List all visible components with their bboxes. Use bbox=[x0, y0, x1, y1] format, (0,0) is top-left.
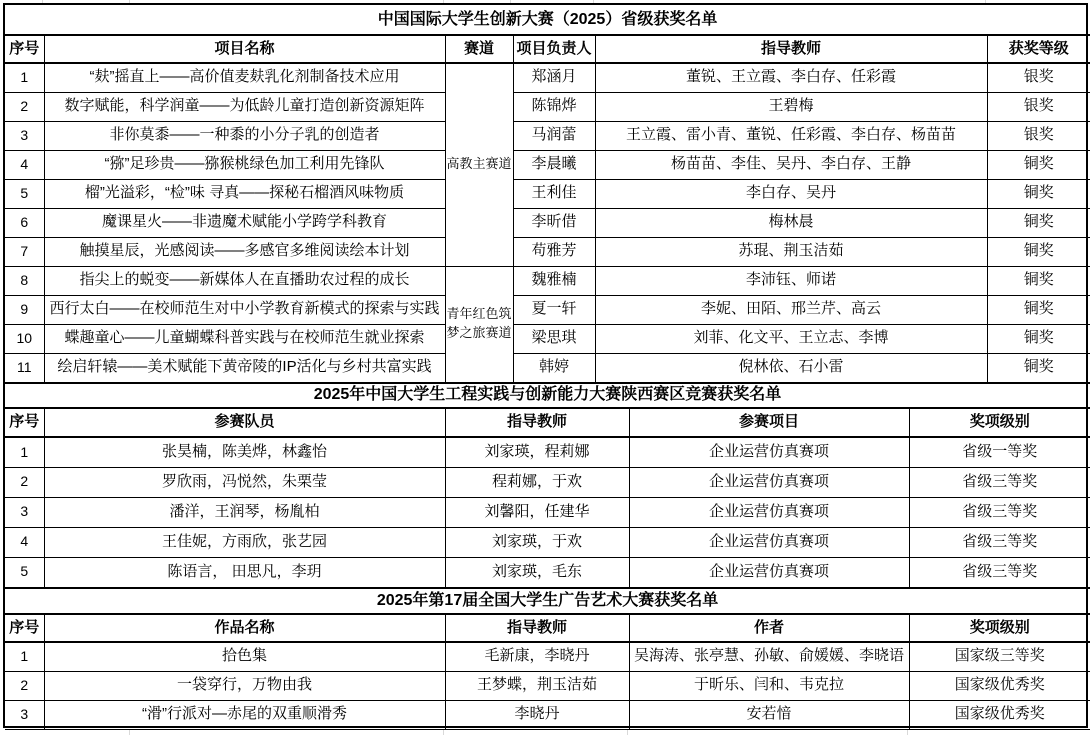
entry-project-cell: 企业运营仿真赛项 bbox=[629, 437, 909, 467]
team-cell: 潘洋，王润琴，杨胤柏 bbox=[44, 497, 445, 527]
award-cell: 铜奖 bbox=[987, 179, 1090, 208]
gridline-tick bbox=[443, 729, 444, 735]
table-row: 4 王佳妮，方雨欣，张艺园 刘家瑛，于欢 企业运营仿真赛项 省级三等奖 bbox=[5, 527, 1090, 557]
award-cell: 国家级三等奖 bbox=[909, 642, 1090, 671]
serial-cell: 10 bbox=[5, 324, 44, 353]
leader-cell: 魏雅楠 bbox=[513, 266, 595, 295]
leader-cell: 陈锦烨 bbox=[513, 92, 595, 121]
table-row: 2 罗欣雨，冯悦然，朱栗莹 程莉娜，于欢 企业运营仿真赛项 省级三等奖 bbox=[5, 467, 1090, 497]
leader-cell: 李晨曦 bbox=[513, 150, 595, 179]
entry-project-cell: 企业运营仿真赛项 bbox=[629, 527, 909, 557]
leader-cell: 韩婷 bbox=[513, 353, 595, 382]
teachers-cell: 王立霞、雷小青、董锐、任彩霞、李白存、杨苗苗 bbox=[595, 121, 987, 150]
track-cell: 青年红色筑梦之旅赛道 bbox=[445, 266, 513, 382]
teachers-cell: 刘菲、化文平、王立志、李博 bbox=[595, 324, 987, 353]
teachers-cell: 李晓丹 bbox=[445, 700, 629, 729]
work-title-cell: 一袋穿行，万物由我 bbox=[44, 671, 445, 700]
serial-cell: 11 bbox=[5, 353, 44, 382]
table-row: 5 榴”光溢彩，“检”味 寻真——探秘石榴酒风味物质 王利佳 李白存、吴丹 铜奖 bbox=[5, 179, 1090, 208]
header-authors: 作者 bbox=[629, 614, 909, 642]
table-row: 6 魔课星火——非遗魔术赋能小学跨学科教育 李昕借 梅林晨 铜奖 bbox=[5, 208, 1090, 237]
header-teachers: 指导教师 bbox=[445, 408, 629, 437]
entry-project-cell: 企业运营仿真赛项 bbox=[629, 557, 909, 587]
award-cell: 省级三等奖 bbox=[909, 467, 1090, 497]
header-award-grade: 获奖等级 bbox=[987, 35, 1090, 63]
leader-cell: 马润蕾 bbox=[513, 121, 595, 150]
authors-cell: 吴海涛、张亭慧、孙敏、俞媛媛、李晓语 bbox=[629, 642, 909, 671]
teachers-cell: 杨苗苗、李佳、吴丹、李白存、王静 bbox=[595, 150, 987, 179]
header-serial: 序号 bbox=[5, 408, 44, 437]
header-award-level: 奖项级别 bbox=[909, 614, 1090, 642]
table-row: 4 “猕”足珍贵——猕猴桃绿色加工利用先锋队 李晨曦 杨苗苗、李佳、吴丹、李白存… bbox=[5, 150, 1090, 179]
table-title: 2025年第17届全国大学生广告艺术大赛获奖名单 bbox=[5, 588, 1090, 614]
project-name-cell: 西行太白——在校师范生对中小学教育新模式的探索与实践 bbox=[44, 295, 445, 324]
table-row: 7 触摸星辰，光感阅读——多感官多维阅读绘本计划 苟雅芳 苏琨、荆玉洁茹 铜奖 bbox=[5, 237, 1090, 266]
table-row: 11 绘启轩辕——美术赋能下黄帝陵的IP活化与乡村共富实践 韩婷 倪林依、石小雷… bbox=[5, 353, 1090, 382]
project-name-cell: 绘启轩辕——美术赋能下黄帝陵的IP活化与乡村共富实践 bbox=[44, 353, 445, 382]
award-cell: 铜奖 bbox=[987, 266, 1090, 295]
teachers-cell: 董锐、王立霞、李白存、任彩霞 bbox=[595, 63, 987, 92]
award-cell: 铜奖 bbox=[987, 295, 1090, 324]
table-row: 2 数字赋能，科学润童——为低龄儿童打造创新资源矩阵 陈锦烨 王碧梅 银奖 bbox=[5, 92, 1090, 121]
award-cell: 省级三等奖 bbox=[909, 527, 1090, 557]
serial-cell: 1 bbox=[5, 642, 44, 671]
awards-document: 中国国际大学生创新大赛（2025）省级获奖名单 序号 项目名称 赛道 项目负责人… bbox=[3, 3, 1088, 728]
teachers-cell: 李沛钰、师诺 bbox=[595, 266, 987, 295]
table-title: 2025年中国大学生工程实践与创新能力大赛陕西赛区竞赛获奖名单 bbox=[5, 383, 1090, 408]
entry-project-cell: 企业运营仿真赛项 bbox=[629, 467, 909, 497]
teachers-cell: 梅林晨 bbox=[595, 208, 987, 237]
teachers-cell: 王碧梅 bbox=[595, 92, 987, 121]
gridline-tick bbox=[129, 729, 130, 735]
team-cell: 张昊楠，陈美烨，林鑫怡 bbox=[44, 437, 445, 467]
track-cell: 高教主赛道 bbox=[445, 63, 513, 266]
table-row: 2 一袋穿行，万物由我 王梦蝶，荆玉洁茹 于昕乐、闫和、韦克拉 国家级优秀奖 bbox=[5, 671, 1090, 700]
team-cell: 罗欣雨，冯悦然，朱栗莹 bbox=[44, 467, 445, 497]
spreadsheet-page: 中国国际大学生创新大赛（2025）省级获奖名单 序号 项目名称 赛道 项目负责人… bbox=[0, 0, 1091, 735]
award-cell: 省级一等奖 bbox=[909, 437, 1090, 467]
header-teachers: 指导教师 bbox=[595, 35, 987, 63]
project-name-cell: 触摸星辰，光感阅读——多感官多维阅读绘本计划 bbox=[44, 237, 445, 266]
project-name-cell: 魔课星火——非遗魔术赋能小学跨学科教育 bbox=[44, 208, 445, 237]
table-row: 1 “麸”摇直上——高价值麦麸乳化剂制备技术应用 高教主赛道 郑涵月 董锐、王立… bbox=[5, 63, 1090, 92]
serial-cell: 2 bbox=[5, 467, 44, 497]
header-team-members: 参赛队员 bbox=[44, 408, 445, 437]
table-title: 中国国际大学生创新大赛（2025）省级获奖名单 bbox=[5, 5, 1090, 35]
team-cell: 王佳妮，方雨欣，张艺园 bbox=[44, 527, 445, 557]
table-row: 9 西行太白——在校师范生对中小学教育新模式的探索与实践 夏一轩 李妮、田陌、邢… bbox=[5, 295, 1090, 324]
serial-cell: 9 bbox=[5, 295, 44, 324]
serial-cell: 7 bbox=[5, 237, 44, 266]
table-row: 3 潘洋，王润琴，杨胤柏 刘馨阳，任建华 企业运营仿真赛项 省级三等奖 bbox=[5, 497, 1090, 527]
engineering-competition-table: 2025年中国大学生工程实践与创新能力大赛陕西赛区竞赛获奖名单 序号 参赛队员 … bbox=[5, 383, 1090, 588]
table-row: 1 拾色集 毛新康，李晓丹 吴海涛、张亭慧、孙敏、俞媛媛、李晓语 国家级三等奖 bbox=[5, 642, 1090, 671]
teachers-cell: 李白存、吴丹 bbox=[595, 179, 987, 208]
teachers-cell: 刘家瑛，于欢 bbox=[445, 527, 629, 557]
header-work-title: 作品名称 bbox=[44, 614, 445, 642]
serial-cell: 3 bbox=[5, 121, 44, 150]
award-cell: 铜奖 bbox=[987, 324, 1090, 353]
award-cell: 铜奖 bbox=[987, 353, 1090, 382]
project-name-cell: “麸”摇直上——高价值麦麸乳化剂制备技术应用 bbox=[44, 63, 445, 92]
header-serial: 序号 bbox=[5, 35, 44, 63]
serial-cell: 2 bbox=[5, 92, 44, 121]
table-row: 1 张昊楠，陈美烨，林鑫怡 刘家瑛，程莉娜 企业运营仿真赛项 省级一等奖 bbox=[5, 437, 1090, 467]
team-cell: 陈语言， 田思凡，李玥 bbox=[44, 557, 445, 587]
award-cell: 国家级优秀奖 bbox=[909, 671, 1090, 700]
teachers-cell: 倪林依、石小雷 bbox=[595, 353, 987, 382]
project-name-cell: 非你莫黍——一种黍的小分子乳的创造者 bbox=[44, 121, 445, 150]
work-title-cell: “滑”行派对—赤尾的双重顺滑秀 bbox=[44, 700, 445, 729]
teachers-cell: 苏琨、荆玉洁茹 bbox=[595, 237, 987, 266]
project-name-cell: 蝶趣童心——儿童蝴蝶科普实践与在校师范生就业探索 bbox=[44, 324, 445, 353]
entry-project-cell: 企业运营仿真赛项 bbox=[629, 497, 909, 527]
teachers-cell: 刘馨阳，任建华 bbox=[445, 497, 629, 527]
project-name-cell: 指尖上的蜕变——新媒体人在直播助农过程的成长 bbox=[44, 266, 445, 295]
serial-cell: 2 bbox=[5, 671, 44, 700]
award-cell: 省级三等奖 bbox=[909, 557, 1090, 587]
serial-cell: 1 bbox=[5, 63, 44, 92]
serial-cell: 3 bbox=[5, 700, 44, 729]
award-cell: 银奖 bbox=[987, 121, 1090, 150]
leader-cell: 梁思琪 bbox=[513, 324, 595, 353]
award-cell: 国家级优秀奖 bbox=[909, 700, 1090, 729]
teachers-cell: 刘家瑛，程莉娜 bbox=[445, 437, 629, 467]
teachers-cell: 王梦蝶，荆玉洁茹 bbox=[445, 671, 629, 700]
leader-cell: 李昕借 bbox=[513, 208, 595, 237]
serial-cell: 6 bbox=[5, 208, 44, 237]
table-row: 5 陈语言， 田思凡，李玥 刘家瑛，毛东 企业运营仿真赛项 省级三等奖 bbox=[5, 557, 1090, 587]
header-entry-project: 参赛项目 bbox=[629, 408, 909, 437]
authors-cell: 于昕乐、闫和、韦克拉 bbox=[629, 671, 909, 700]
gridline-tick bbox=[627, 729, 628, 735]
teachers-cell: 毛新康，李晓丹 bbox=[445, 642, 629, 671]
table-row: 10 蝶趣童心——儿童蝴蝶科普实践与在校师范生就业探索 梁思琪 刘菲、化文平、王… bbox=[5, 324, 1090, 353]
work-title-cell: 拾色集 bbox=[44, 642, 445, 671]
leader-cell: 王利佳 bbox=[513, 179, 595, 208]
project-name-cell: “猕”足珍贵——猕猴桃绿色加工利用先锋队 bbox=[44, 150, 445, 179]
table-row: 3 “滑”行派对—赤尾的双重顺滑秀 李晓丹 安若愔 国家级优秀奖 bbox=[5, 700, 1090, 729]
leader-cell: 苟雅芳 bbox=[513, 237, 595, 266]
header-serial: 序号 bbox=[5, 614, 44, 642]
leader-cell: 郑涵月 bbox=[513, 63, 595, 92]
serial-cell: 5 bbox=[5, 179, 44, 208]
teachers-cell: 程莉娜，于欢 bbox=[445, 467, 629, 497]
authors-cell: 安若愔 bbox=[629, 700, 909, 729]
header-teachers: 指导教师 bbox=[445, 614, 629, 642]
innovation-competition-table: 中国国际大学生创新大赛（2025）省级获奖名单 序号 项目名称 赛道 项目负责人… bbox=[5, 5, 1090, 383]
award-cell: 银奖 bbox=[987, 92, 1090, 121]
award-cell: 省级三等奖 bbox=[909, 497, 1090, 527]
header-project-name: 项目名称 bbox=[44, 35, 445, 63]
serial-cell: 4 bbox=[5, 527, 44, 557]
award-cell: 铜奖 bbox=[987, 208, 1090, 237]
leader-cell: 夏一轩 bbox=[513, 295, 595, 324]
header-leader: 项目负责人 bbox=[513, 35, 595, 63]
project-name-cell: 榴”光溢彩，“检”味 寻真——探秘石榴酒风味物质 bbox=[44, 179, 445, 208]
serial-cell: 1 bbox=[5, 437, 44, 467]
table-row: 3 非你莫黍——一种黍的小分子乳的创造者 马润蕾 王立霞、雷小青、董锐、任彩霞、… bbox=[5, 121, 1090, 150]
gridline-tick bbox=[907, 729, 908, 735]
serial-cell: 8 bbox=[5, 266, 44, 295]
header-track: 赛道 bbox=[445, 35, 513, 63]
award-cell: 铜奖 bbox=[987, 150, 1090, 179]
advertising-competition-table: 2025年第17届全国大学生广告艺术大赛获奖名单 序号 作品名称 指导教师 作者… bbox=[5, 588, 1090, 730]
teachers-cell: 刘家瑛，毛东 bbox=[445, 557, 629, 587]
project-name-cell: 数字赋能，科学润童——为低龄儿童打造创新资源矩阵 bbox=[44, 92, 445, 121]
serial-cell: 4 bbox=[5, 150, 44, 179]
serial-cell: 5 bbox=[5, 557, 44, 587]
table-row: 8 指尖上的蜕变——新媒体人在直播助农过程的成长 青年红色筑梦之旅赛道 魏雅楠 … bbox=[5, 266, 1090, 295]
serial-cell: 3 bbox=[5, 497, 44, 527]
award-cell: 银奖 bbox=[987, 63, 1090, 92]
award-cell: 铜奖 bbox=[987, 237, 1090, 266]
header-award-level: 奖项级别 bbox=[909, 408, 1090, 437]
teachers-cell: 李妮、田陌、邢兰芹、高云 bbox=[595, 295, 987, 324]
